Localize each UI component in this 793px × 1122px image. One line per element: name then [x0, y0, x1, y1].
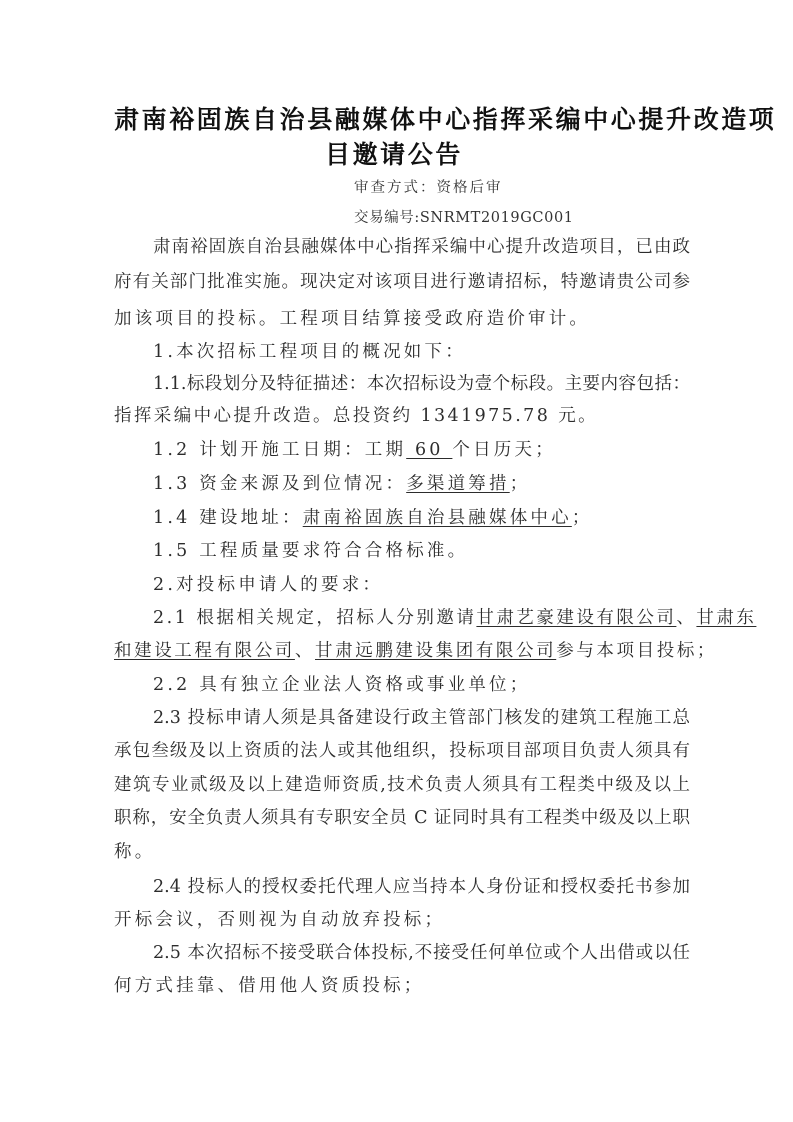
review-method: 审查方式：资格后审 — [354, 176, 503, 197]
section-2-3-line: 职称，安全负责人须具有专职安全员 C 证同时具有工程类中级及以上职 — [114, 807, 690, 829]
invited-company-3: 甘肃远鹏建设集团有限公司 — [315, 641, 556, 661]
document-page: 肃南裕固族自治县融媒体中心指挥采编中心提升改造项 目邀请公告 审查方式：资格后审… — [0, 0, 793, 1122]
invited-company-2-part-1: 甘肃东 — [696, 608, 756, 628]
trade-number-label: 交易编号: — [354, 210, 420, 226]
section-2-3-line: 称。 — [114, 841, 690, 863]
section-2-1-suffix: 参与本项目投标； — [556, 641, 717, 661]
section-1-2-suffix: 个日历天； — [452, 440, 556, 460]
section-1-3-suffix: ； — [510, 474, 531, 494]
intro-line: 肃南裕固族自治县融媒体中心指挥采编中心提升改造项目，已由政 — [153, 236, 690, 258]
trade-number: 交易编号:SNRMT2019GC001 — [354, 206, 574, 227]
funding-source-value: 多渠道筹措 — [406, 474, 510, 494]
construction-period-value: 60 — [406, 440, 452, 460]
section-1-1-line: 1.1.标段划分及特征描述：本次招标设为壹个标段。主要内容包括： — [153, 373, 690, 395]
section-2-3-line: 建筑专业贰级及以上建造师资质,技术负责人须具有工程类中级及以上 — [114, 774, 690, 796]
section-1-2-label: 1.2 计划开施工日期：工期 — [153, 440, 406, 460]
section-2-2: 2.2 具有独立企业法人资格或事业单位； — [153, 674, 690, 696]
section-2-1-label: 2.1 根据相关规定，招标人分别邀请 — [153, 608, 476, 628]
section-1-4-suffix: ； — [572, 508, 593, 528]
intro-line: 府有关部门批准实施。现决定对该项目进行邀请招标，特邀请贵公司参 — [114, 271, 690, 293]
section-1-4: 1.4 建设地址：肃南裕固族自治县融媒体中心； — [153, 507, 690, 529]
section-2-5-line: 2.5 本次招标不接受联合体投标,不接受任何单位或个人出借或以任 — [153, 942, 690, 964]
section-1-4-label: 1.4 建设地址： — [153, 508, 303, 528]
separator: 、 — [295, 641, 315, 661]
section-2-heading: 2.对投标申请人的要求： — [153, 574, 690, 596]
section-2-4-line: 2.4 投标人的授权委托代理人应当持本人身份证和授权委托书参加 — [153, 876, 690, 898]
section-1-3-label: 1.3 资金来源及到位情况： — [153, 474, 406, 494]
review-method-label: 审查方式： — [354, 180, 437, 196]
section-2-3-line: 2.3 投标申请人须是具备建设行政主管部门核发的建筑工程施工总 — [153, 707, 690, 729]
separator: 、 — [676, 608, 696, 628]
trade-number-value: SNRMT2019GC001 — [420, 210, 574, 226]
review-method-value: 资格后审 — [437, 180, 503, 196]
document-title-line-2: 目邀请公告 — [100, 135, 688, 171]
section-2-1-line: 2.1 根据相关规定，招标人分别邀请甘肃艺豪建设有限公司、甘肃东 — [153, 607, 690, 629]
section-1-1-line: 指挥采编中心提升改造。总投资约 1341975.78 元。 — [114, 405, 690, 427]
section-2-3-line: 承包叁级及以上资质的法人或其他组织，投标项目部项目负责人须具有 — [114, 740, 690, 762]
section-1-5: 1.5 工程质量要求符合合格标准。 — [153, 540, 690, 562]
section-2-5-line: 何方式挂靠、借用他人资质投标； — [114, 975, 690, 997]
section-2-1-line: 和建设工程有限公司、甘肃远鹏建设集团有限公司参与本项目投标； — [114, 640, 690, 662]
section-1-2: 1.2 计划开施工日期：工期 60 个日历天； — [153, 439, 690, 461]
section-1-heading: 1.本次招标工程项目的概况如下： — [153, 341, 690, 363]
document-title-line-1: 肃南裕固族自治县融媒体中心指挥采编中心提升改造项 — [114, 100, 702, 136]
invited-company-2-part-2: 和建设工程有限公司 — [114, 641, 295, 661]
section-2-4-line: 开标会议，否则视为自动放弃投标； — [114, 909, 690, 931]
section-1-3: 1.3 资金来源及到位情况：多渠道筹措； — [153, 473, 690, 495]
invited-company-1: 甘肃艺豪建设有限公司 — [476, 608, 676, 628]
construction-address-value: 肃南裕固族自治县融媒体中心 — [303, 508, 572, 528]
intro-line: 加该项目的投标。工程项目结算接受政府造价审计。 — [114, 308, 690, 330]
